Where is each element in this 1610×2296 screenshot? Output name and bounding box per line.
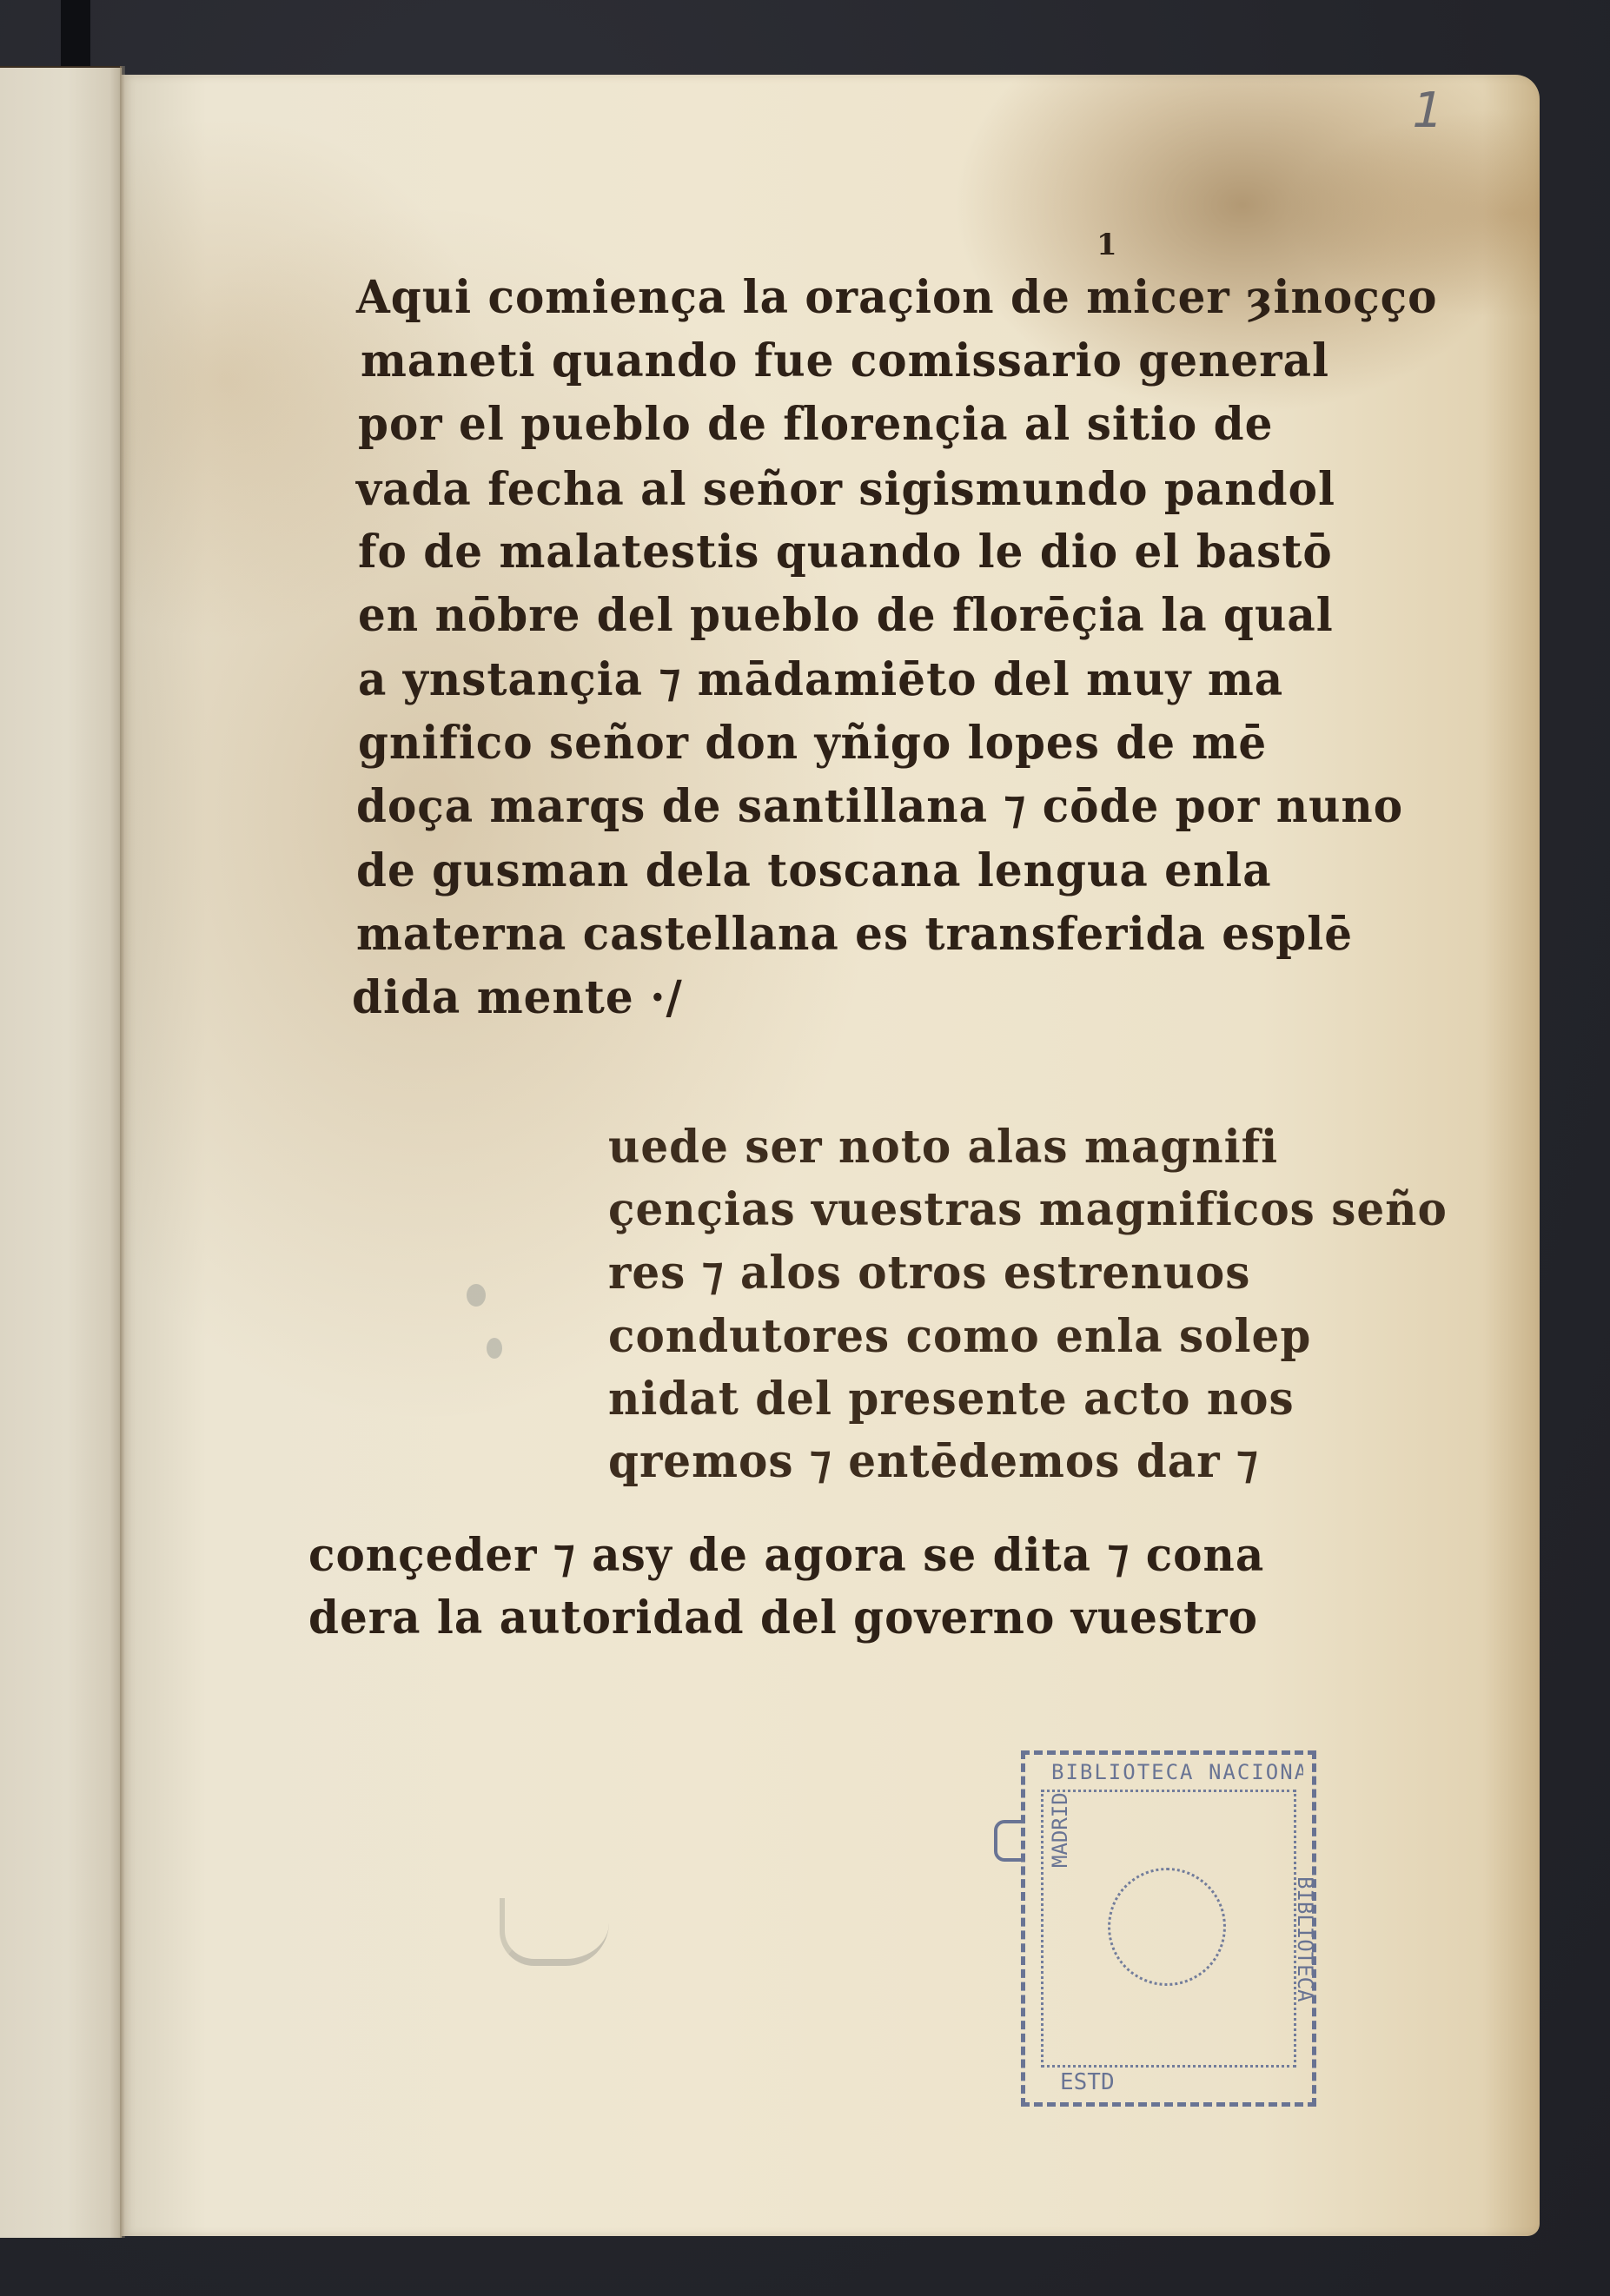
stamp-top-text: BIBLIOTECA NACIONAL: [1051, 1760, 1303, 1784]
gutter-fold: [120, 66, 125, 2238]
rubric-line-2: maneti quando fue comissario general: [361, 334, 1329, 387]
rubric-line-4: vada fecha al señor sigismundo pandol: [356, 462, 1335, 516]
rubric-line-3: por el pueblo de florençia al sitio de: [358, 397, 1273, 451]
ink-blot: [467, 1284, 486, 1307]
stamp-tab-shape: [994, 1820, 1024, 1862]
stamp-emblem-icon: [1108, 1868, 1226, 1986]
facing-verso-page: [0, 66, 122, 2238]
water-mark-squiggle: [500, 1898, 609, 1966]
binding-gutter: [61, 0, 90, 69]
stamp-bottom-text: ESTD: [1060, 2069, 1115, 2095]
rubric-line-8: gnifico señor don yñigo lopes de mē: [358, 716, 1267, 770]
body-line-1: uede ser noto alas magnifi: [608, 1120, 1278, 1174]
body-line-2: çençias vuestras magnificos seño: [608, 1182, 1448, 1236]
rubric-line-11: materna castellana es transferida esplē: [356, 907, 1353, 961]
stamp-right-text: BIBLIOTECA: [1293, 1876, 1317, 2002]
rubric-line-7: a ynstançia ⁊ mādamiēto del muy ma: [358, 652, 1283, 706]
rubric-line-5: fo de malatestis quando le dio el bastō: [358, 525, 1333, 579]
body-line-8: dera la autoridad del governo vuestro: [308, 1591, 1258, 1644]
rubric-line-9: doça marqs de santillana ⁊ cōde por nuno: [356, 779, 1403, 833]
marginal-line-marker: 1: [1097, 228, 1117, 262]
body-line-7: conçeder ⁊ asy de agora se dita ⁊ cona: [308, 1528, 1264, 1582]
rubric-line-1: Aqui comiença la oraçion de micer ȝinoçç…: [356, 270, 1437, 324]
rubric-line-12: dida mente ·/: [352, 970, 683, 1024]
library-stamp: BIBLIOTECA NACIONAL MADRID BIBLIOTECA ES…: [1021, 1750, 1316, 2107]
rubric-line-10: de gusman dela toscana lengua enla: [356, 844, 1272, 897]
body-line-4: condutores como enla solep: [608, 1309, 1311, 1363]
rubric-line-6: en nōbre del pueblo de florēçia la qual: [358, 588, 1334, 642]
stamp-left-text: MADRID: [1048, 1792, 1072, 1868]
body-line-5: nidat del presente acto nos: [608, 1372, 1295, 1426]
ink-blot: [487, 1338, 502, 1359]
body-line-3: res ⁊ alos otros estrenuos: [608, 1246, 1250, 1300]
body-line-6: qremos ⁊ entēdemos dar ⁊: [608, 1434, 1259, 1488]
